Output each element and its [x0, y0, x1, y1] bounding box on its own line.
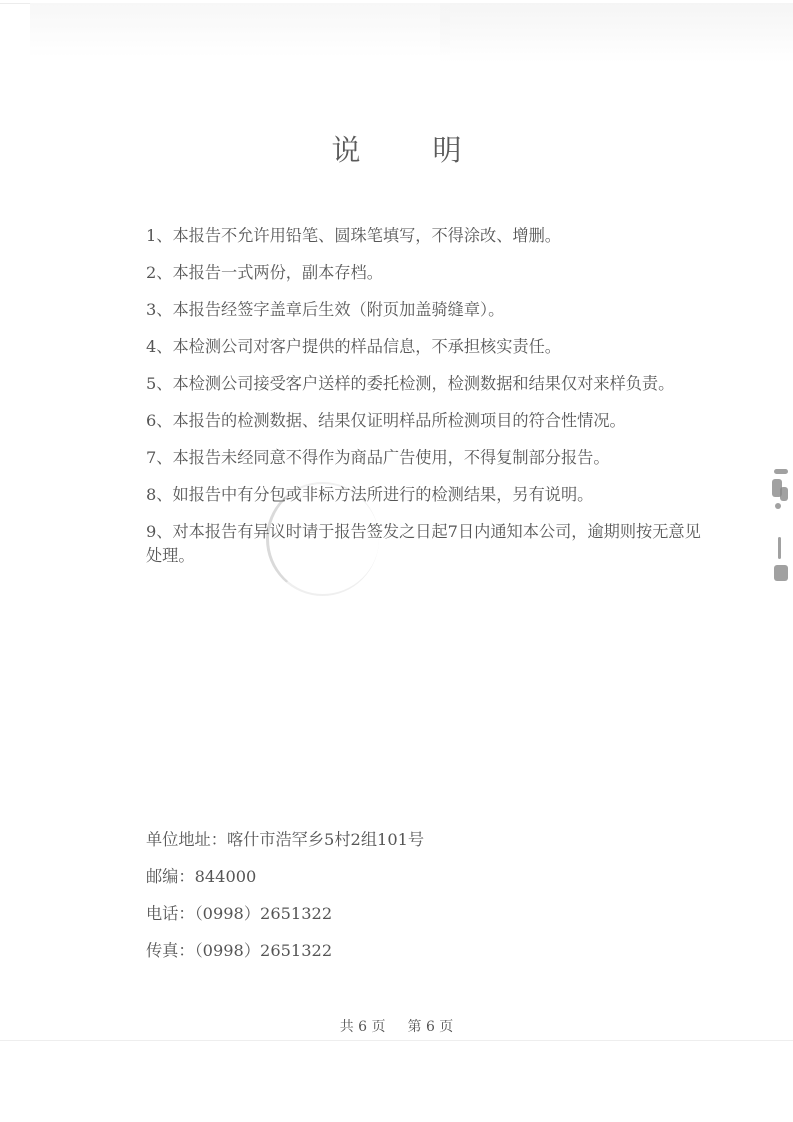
notes-list: 1、本报告不允许用铅笔、圆珠笔填写，不得涂改、增删。 2、本报告一式两份，副本存…	[146, 224, 706, 581]
scan-shadow	[440, 3, 793, 63]
address-value: 喀什市浩罕乡5村2组101号	[227, 830, 424, 849]
phone-label: 电话：	[146, 904, 195, 923]
title-char-2: 明	[433, 133, 462, 167]
postcode-line: 邮编：844000	[146, 865, 424, 889]
current-page: 第 6 页	[408, 1019, 454, 1035]
note-item-5: 5、本检测公司接受客户送样的委托检测，检测数据和结果仅对来样负责。	[146, 372, 706, 396]
note-item-8: 8、如报告中有分包或非标方法所进行的检测结果，另有说明。	[146, 483, 706, 507]
phone-line: 电话：（0998）2651322	[146, 902, 424, 926]
note-item-6: 6、本报告的检测数据、结果仅证明样品所检测项目的符合性情况。	[146, 409, 706, 433]
page-title: 说明	[0, 128, 793, 169]
document-page: 说明 1、本报告不允许用铅笔、圆珠笔填写，不得涂改、增删。 2、本报告一式两份，…	[0, 0, 793, 1122]
fax-value: （0998）2651322	[195, 941, 333, 960]
title-char-1: 说	[331, 133, 360, 167]
note-item-9: 9、对本报告有异议时请于报告签发之日起7日内通知本公司，逾期则按无意见处理。	[146, 520, 706, 568]
note-item-2: 2、本报告一式两份，副本存档。	[146, 261, 706, 285]
total-pages: 共 6 页	[340, 1019, 386, 1035]
address-line: 单位地址：喀什市浩罕乡5村2组101号	[146, 828, 424, 852]
fax-label: 传真：	[146, 941, 195, 960]
note-item-3: 3、本报告经签字盖章后生效（附页加盖骑缝章）。	[146, 298, 706, 322]
note-item-1: 1、本报告不允许用铅笔、圆珠笔填写，不得涂改、增删。	[146, 224, 706, 248]
phone-value: （0998）2651322	[195, 904, 333, 923]
contact-info: 单位地址：喀什市浩罕乡5村2组101号 邮编：844000 电话：（0998）2…	[146, 828, 424, 976]
fax-line: 传真：（0998）2651322	[146, 939, 424, 963]
seam-seal-mark	[770, 465, 792, 595]
postcode-label: 邮编：	[146, 867, 195, 886]
address-label: 单位地址：	[146, 830, 227, 849]
scan-shadow	[30, 3, 450, 58]
note-item-7: 7、本报告未经同意不得作为商品广告使用，不得复制部分报告。	[146, 446, 706, 470]
footer-divider	[0, 1040, 793, 1041]
page-footer: 共 6 页第 6 页	[0, 1016, 793, 1036]
postcode-value: 844000	[195, 867, 257, 886]
note-item-4: 4、本检测公司对客户提供的样品信息，不承担核实责任。	[146, 335, 706, 359]
